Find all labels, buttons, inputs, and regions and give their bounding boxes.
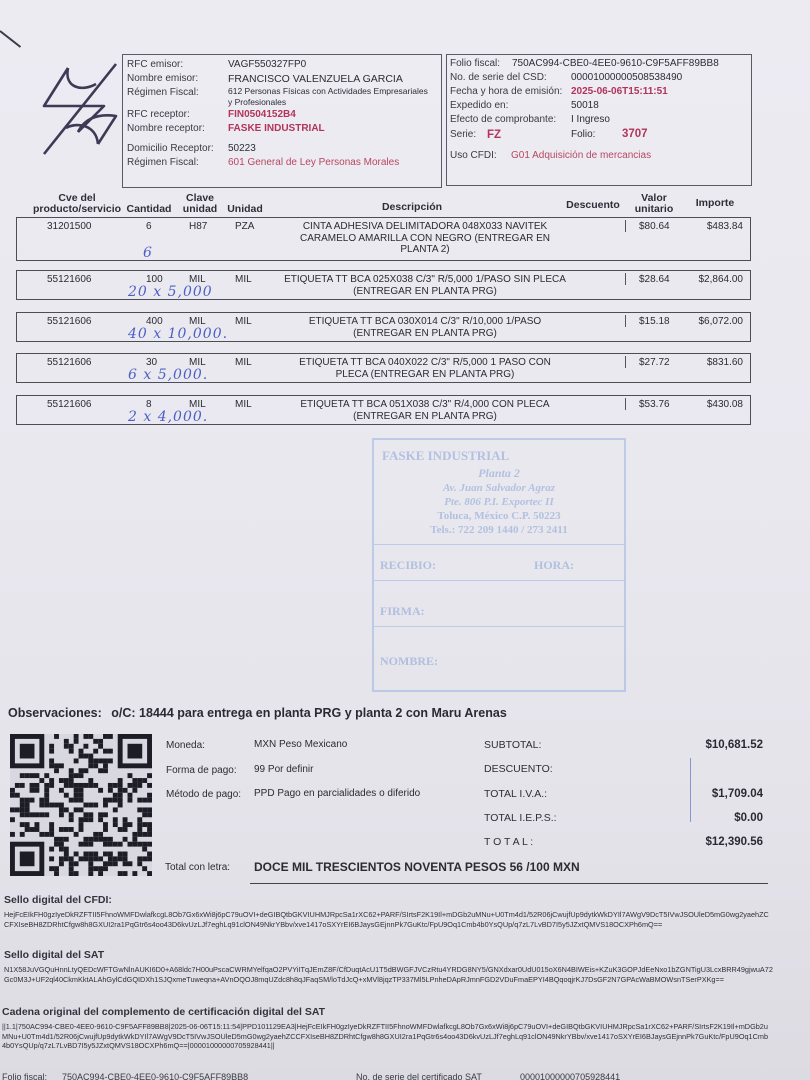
table-row: 55121606400MILMILETIQUETA TT BCA 030X014…	[16, 312, 751, 342]
cell-descripcion: CINTA ADHESIVA DELIMITADORA 048X033 NAVI…	[275, 221, 575, 256]
ieps-value: $0.00	[643, 812, 763, 824]
rfc-emisor-label: RFC emisor:	[127, 59, 183, 70]
stamp-address-3: Toluca, México C.P. 50223	[374, 510, 624, 522]
cell-cve: 55121606	[47, 316, 92, 327]
descuento-label: DESCUENTO:	[484, 763, 553, 775]
fecha-emision-value: 2025-06-06T15:11:51	[571, 86, 668, 97]
cell-unidad: MIL	[235, 316, 252, 327]
total-label: T O T A L :	[484, 836, 533, 848]
sello-sat-label: Sello digital del SAT	[4, 949, 104, 961]
footer-cert-value: 00001000000705928441	[520, 1072, 620, 1080]
cell-descripcion: ETIQUETA TT BCA 040X022 C/3" R/5,000 1 P…	[275, 357, 575, 380]
cell-unidad: MIL	[235, 357, 252, 368]
handwritten-note: 6 x 5,000.	[128, 367, 208, 383]
desc-line: CARAMELO AMARILLA CON NEGRO (ENTREGAR EN	[275, 233, 575, 245]
cadena-original-value: ||1.1|750AC994-CBE0-4EE0-9610-C9F5AFF89B…	[2, 1022, 772, 1051]
stamp-firma: FIRMA:	[380, 604, 425, 619]
iva-value: $1,709.04	[643, 788, 763, 800]
subtotal-label: SUBTOTAL:	[484, 739, 541, 751]
total-value: $12,390.56	[643, 836, 763, 848]
header-cantidad: Cantidad	[124, 204, 174, 215]
folio-fiscal-label: Folio fiscal:	[450, 58, 500, 69]
receiving-stamp: FASKE INDUSTRIAL Planta 2 Av. Juan Salva…	[372, 438, 626, 692]
header-valor-unitario: Valorunitario	[628, 193, 680, 215]
sello-sat-value: N1X58JuVGQuHnnLtyQEDcWFTGwNlnAUKI6D0+A68…	[4, 965, 774, 984]
footer-folio-value: 750AC994-CBE0-4EE0-9610-C9F5AFF89BB8	[62, 1072, 248, 1080]
cell-unidad: PZA	[235, 221, 254, 232]
header-cve: Cve delproducto/servicio	[18, 193, 136, 215]
column-divider	[625, 273, 626, 285]
handwritten-note: 6	[143, 245, 153, 261]
handwritten-note: 20 x 5,000	[128, 284, 213, 300]
header-descuento: Descuento	[560, 200, 626, 211]
cell-importe: $831.60	[693, 357, 743, 368]
efecto-label: Efecto de comprobante:	[450, 114, 556, 125]
stamp-nombre: NOMBRE:	[380, 654, 438, 669]
header-descripcion: Descripción	[340, 202, 484, 213]
stamp-phone: Tels.: 722 209 1440 / 273 2411	[374, 524, 624, 536]
header-importe: Importe	[688, 198, 742, 209]
desc-line: (ENTREGAR EN PLANTA PRG)	[275, 286, 575, 298]
iva-label: TOTAL I.V.A.:	[484, 788, 547, 800]
cell-valor-unitario: $80.64	[639, 221, 670, 232]
footer-cert-label: No. de serie del certificado SAT	[356, 1072, 482, 1080]
fecha-emision-label: Fecha y hora de emisión:	[450, 86, 562, 97]
header-clave-unidad: Claveunidad	[178, 193, 222, 215]
serie-label: Serie:	[450, 129, 476, 140]
forma-pago-label: Forma de pago:	[166, 765, 237, 776]
stylized-z-logo-icon	[38, 58, 122, 158]
column-divider	[625, 315, 626, 327]
table-row: 551216068MILMILETIQUETA TT BCA 051X038 C…	[16, 395, 751, 425]
desc-line: PLECA (ENTREGAR EN PLANTA PRG)	[275, 369, 575, 381]
stamp-hora: HORA:	[534, 558, 574, 573]
handwritten-note: 40 x 10,000.	[128, 326, 228, 342]
cell-descripcion: ETIQUETA TT BCA 051X038 C/3" R/4,000 CON…	[275, 399, 575, 422]
pen-mark	[0, 30, 21, 48]
rfc-emisor-value: VAGF550327FP0	[228, 59, 306, 70]
folio-fiscal-value: 750AC994-CBE0-4EE0-9610-C9F5AFF89BB8	[512, 58, 719, 69]
desc-line: CINTA ADHESIVA DELIMITADORA 048X033 NAVI…	[275, 221, 575, 233]
expedido-label: Expedido en:	[450, 100, 508, 111]
cell-unidad: MIL	[235, 274, 252, 285]
nombre-emisor-value: FRANCISCO VALENZUELA GARCIA	[228, 73, 403, 85]
moneda-value: MXN Peso Mexicano	[254, 739, 347, 750]
footer-folio-label: Folio fiscal:	[2, 1072, 47, 1080]
regimen-fiscal-label: Régimen Fiscal:	[127, 87, 199, 98]
cell-importe: $6,072.00	[693, 316, 743, 327]
cell-valor-unitario: $27.72	[639, 357, 670, 368]
sello-cfdi-label: Sello digital del CFDI:	[4, 894, 112, 906]
cell-importe: $2,864.00	[693, 274, 743, 285]
cell-descripcion: ETIQUETA TT BCA 025X038 C/3" R/5,000 1/P…	[275, 274, 575, 297]
observations: Observaciones: o/C: 18444 para entrega e…	[8, 706, 507, 720]
metodo-pago-value: PPD Pago en parcialidades o diferido	[254, 788, 420, 799]
folio-label: Folio:	[571, 129, 595, 140]
cell-cve: 55121606	[47, 399, 92, 410]
regimen-receptor-label: Régimen Fiscal:	[127, 157, 199, 168]
cell-valor-unitario: $28.64	[639, 274, 670, 285]
handwritten-note: 2 x 4,000.	[128, 409, 208, 425]
total-letra-label: Total con letra:	[165, 862, 230, 873]
column-divider	[625, 398, 626, 410]
desc-line: (ENTREGAR EN PLANTA PRG)	[275, 328, 575, 340]
desc-line: PLANTA 2)	[275, 244, 575, 256]
uso-cfdi-value: G01 Adquisición de mercancias	[511, 150, 651, 161]
cell-descripcion: ETIQUETA TT BCA 030X014 C/3" R/10,000 1/…	[275, 316, 575, 339]
serie-value: FZ	[487, 129, 501, 141]
rfc-receptor-label: RFC receptor:	[127, 109, 190, 120]
stamp-address-1: Av. Juan Salvador Agraz	[374, 482, 624, 494]
total-letra-underline	[250, 883, 768, 884]
table-row: 312015006H87PZACINTA ADHESIVA DELIMITADO…	[16, 217, 751, 261]
cell-clave-unidad: H87	[189, 221, 207, 232]
regimen-fiscal-value-cont: y Profesionales	[228, 97, 286, 107]
domicilio-receptor-label: Domicilio Receptor:	[127, 143, 214, 154]
regimen-fiscal-value: 612 Personas Físicas con Actividades Emp…	[228, 86, 428, 96]
table-row: 5512160630MILMILETIQUETA TT BCA 040X022 …	[16, 353, 751, 383]
cell-valor-unitario: $15.18	[639, 316, 670, 327]
folio-value: 3707	[622, 128, 648, 140]
stamp-address-2: Pte. 806 P.I. Exportec II	[374, 496, 624, 508]
forma-pago-value: 99 Por definir	[254, 764, 313, 775]
cell-cve: 55121606	[47, 357, 92, 368]
stamp-company: FASKE INDUSTRIAL	[382, 448, 632, 464]
moneda-label: Moneda:	[166, 740, 205, 751]
desc-line: ETIQUETA TT BCA 051X038 C/3" R/4,000 CON…	[275, 399, 575, 411]
sello-cfdi-value: HejFcEIkFH0gzIyeDkRZFTII5FhnoWMFDwlafkcg…	[4, 910, 774, 929]
fiscal-info-panel: Folio fiscal:750AC994-CBE0-4EE0-9610-C9F…	[446, 54, 752, 186]
nombre-emisor-label: Nombre emisor:	[127, 73, 198, 84]
nombre-receptor-value: FASKE INDUSTRIAL	[228, 123, 325, 134]
desc-line: ETIQUETA TT BCA 040X022 C/3" R/5,000 1 P…	[275, 357, 575, 369]
issuer-receiver-panel: RFC emisor:VAGF550327FP0 Nombre emisor:F…	[122, 54, 442, 188]
column-divider	[625, 356, 626, 368]
expedido-value: 50018	[571, 100, 599, 111]
column-divider	[625, 220, 626, 232]
cell-unidad: MIL	[235, 399, 252, 410]
header-valor-line2: unitario	[628, 204, 680, 215]
nombre-receptor-label: Nombre receptor:	[127, 123, 205, 134]
stamp-recibio: RECIBIO:	[380, 558, 436, 573]
header-cve-line2: producto/servicio	[18, 204, 136, 215]
domicilio-receptor-value: 50223	[228, 143, 256, 154]
subtotal-value: $10,681.52	[643, 739, 763, 751]
cadena-original-label: Cadena original del complemento de certi…	[2, 1006, 325, 1018]
efecto-value: I Ingreso	[571, 114, 610, 125]
cell-cve: 55121606	[47, 274, 92, 285]
metodo-pago-label: Método de pago:	[166, 789, 241, 800]
observations-label: Observaciones:	[8, 706, 102, 720]
cell-valor-unitario: $53.76	[639, 399, 670, 410]
header-clave-line2: unidad	[178, 204, 222, 215]
cell-cantidad: 6	[146, 221, 152, 232]
table-row: 55121606100MILMILETIQUETA TT BCA 025X038…	[16, 270, 751, 300]
desc-line: (ENTREGAR EN PLANTA PRG)	[275, 411, 575, 423]
uso-cfdi-label: Uso CFDI:	[450, 150, 497, 161]
rfc-receptor-value: FIN0504152B4	[228, 109, 296, 120]
desc-line: ETIQUETA TT BCA 030X014 C/3" R/10,000 1/…	[275, 316, 575, 328]
serie-csd-value: 00001000000508538490	[571, 72, 682, 83]
cell-importe: $430.08	[693, 399, 743, 410]
ieps-label: TOTAL I.E.P.S.:	[484, 812, 557, 824]
regimen-receptor-value: 601 General de Ley Personas Morales	[228, 157, 399, 168]
pen-tick-mark	[690, 758, 691, 822]
qr-code-icon	[10, 734, 152, 876]
cell-importe: $483.84	[693, 221, 743, 232]
observations-text: o/C: 18444 para entrega en planta PRG y …	[111, 706, 507, 720]
total-letra-value: DOCE MIL TRESCIENTOS NOVENTA PESOS 56 /1…	[254, 860, 580, 874]
header-unidad: Unidad	[222, 204, 268, 215]
serie-csd-label: No. de serie del CSD:	[450, 72, 547, 83]
cell-cve: 31201500	[47, 221, 92, 232]
desc-line: ETIQUETA TT BCA 025X038 C/3" R/5,000 1/P…	[275, 274, 575, 286]
stamp-plant: Planta 2	[374, 466, 624, 481]
